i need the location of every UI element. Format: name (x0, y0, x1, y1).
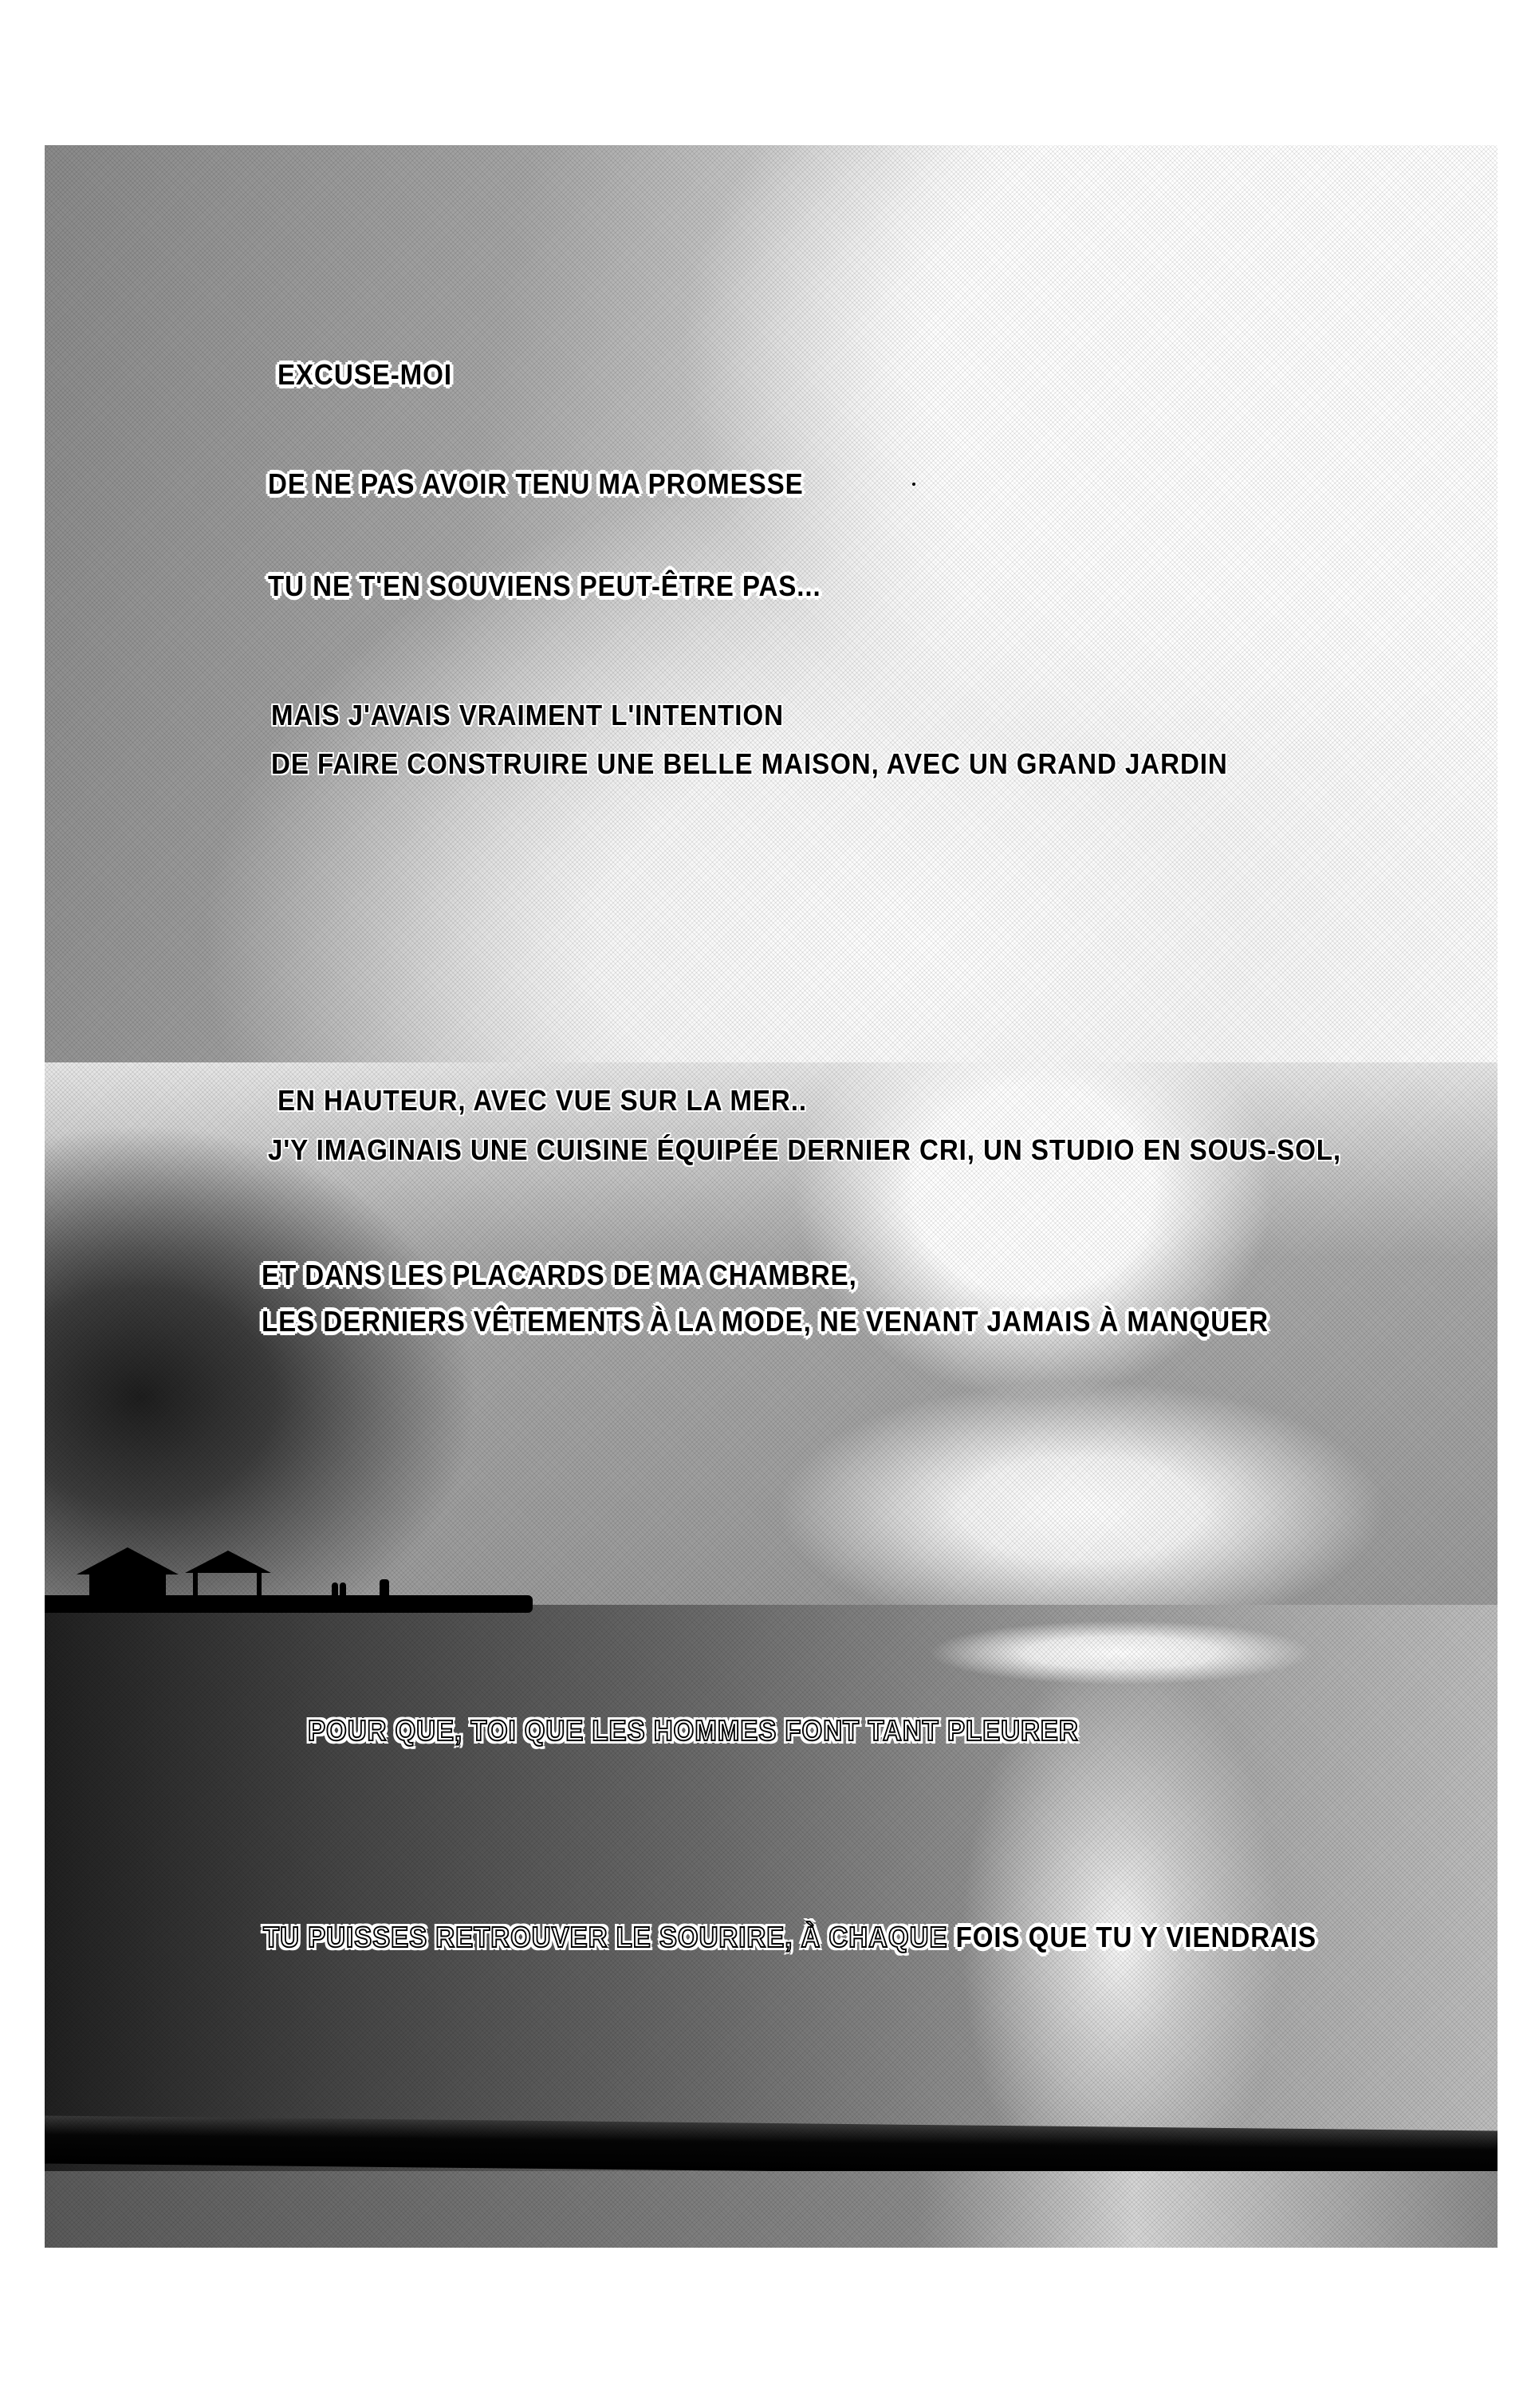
text-line: DE NE PAS AVOIR TENU MA PROMESSE (268, 470, 804, 499)
text-segment: TU PUISSES RETROUVER LE SOURIRE, À CHAQU… (263, 1921, 947, 1953)
text-line: EN HAUTEUR, AVEC VUE SUR LA MER.. (277, 1086, 807, 1115)
text-line: POUR QUE, TOI QUE LES HOMMES FONT TANT P… (308, 1716, 1079, 1745)
text-line: ET DANS LES PLACARDS DE MA CHAMBRE, (262, 1261, 857, 1290)
text-line: J'Y IMAGINAIS UNE CUISINE ÉQUIPÉE DERNIE… (268, 1136, 1341, 1165)
text-line: LES DERNIERS VÊTEMENTS À LA MODE, NE VEN… (262, 1307, 1269, 1336)
text-line: DE FAIRE CONSTRUIRE UNE BELLE MAISON, AV… (271, 750, 1228, 778)
ink-speck (912, 483, 915, 486)
text-line: EXCUSE-MOI (277, 361, 452, 389)
text-segment: FOIS QUE TU Y VIENDRAIS (947, 1921, 1317, 1953)
text-line: TU NE T'EN SOUVIENS PEUT-ÊTRE PAS... (268, 572, 821, 601)
text-line: MAIS J'AVAIS VRAIMENT L'INTENTION (271, 701, 784, 730)
text-line: TU PUISSES RETROUVER LE SOURIRE, À CHAQU… (263, 1923, 1317, 1952)
